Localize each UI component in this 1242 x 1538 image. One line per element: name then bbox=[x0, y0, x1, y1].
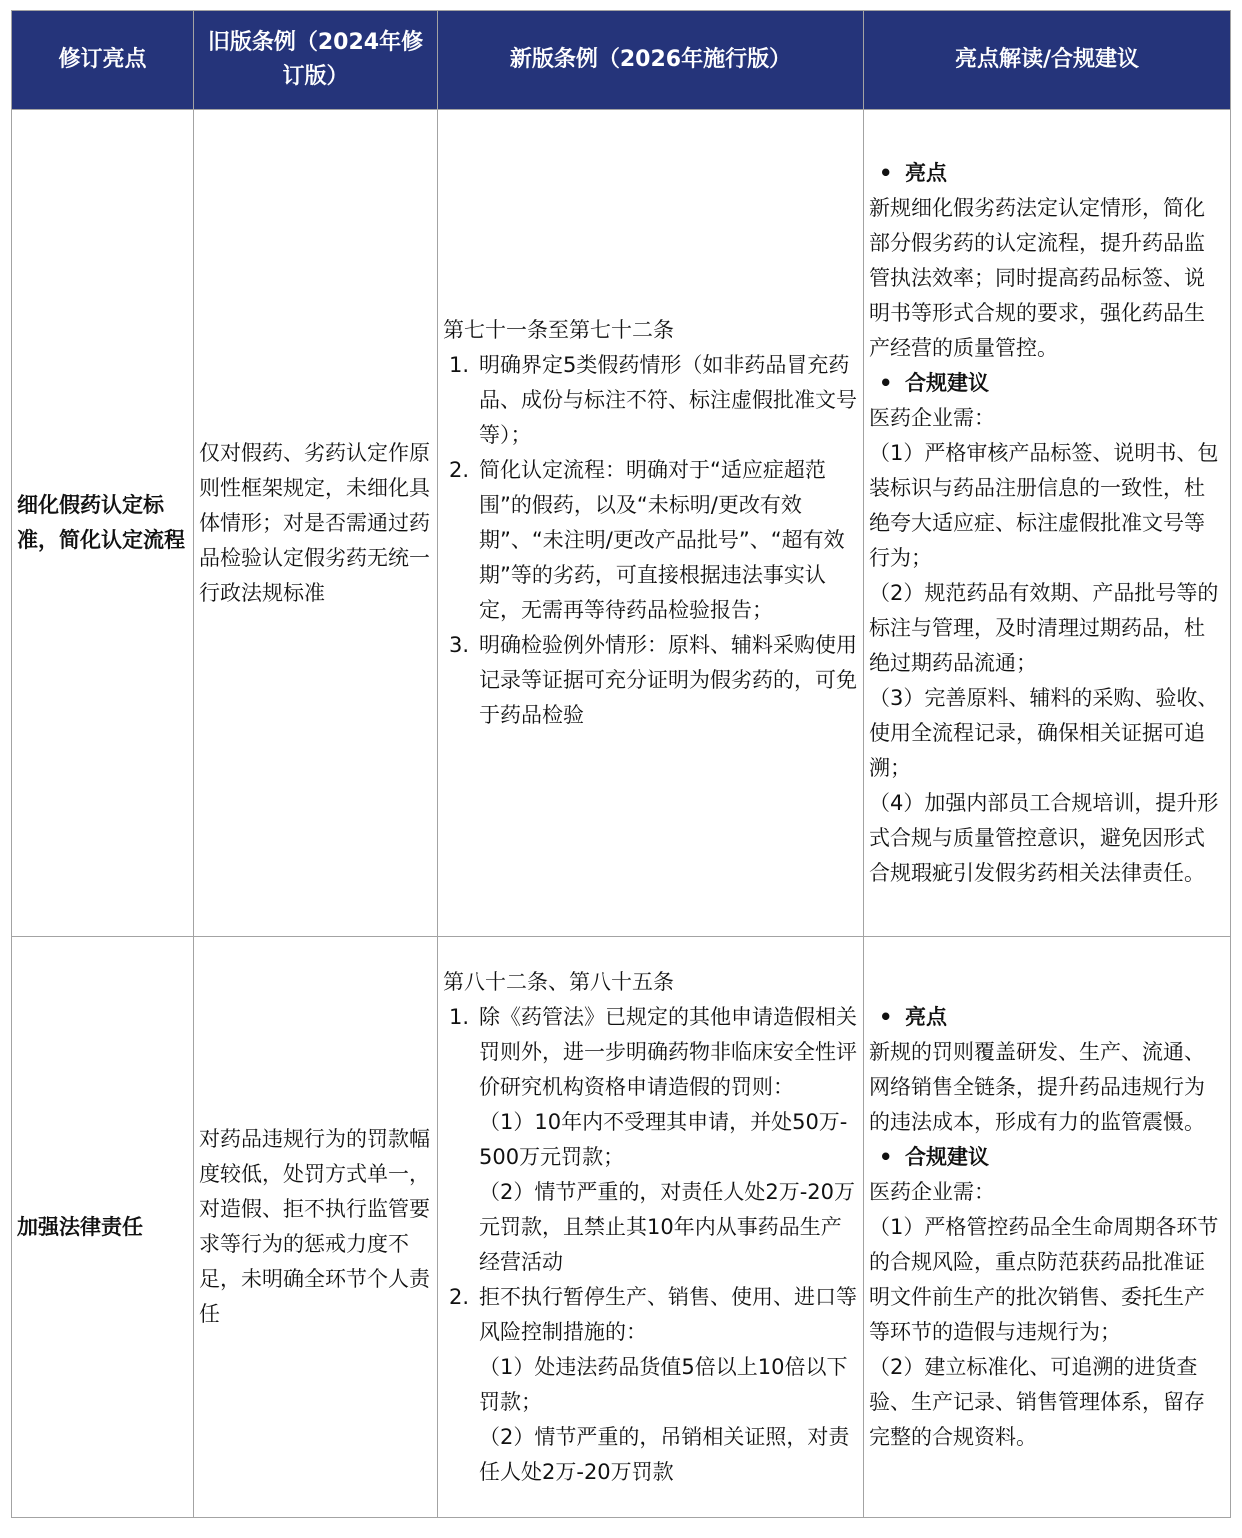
advice-item: （2）规范药品有效期、产品批号等的标注与管理，及时清理过期药品，杜绝过期药品流通… bbox=[869, 576, 1225, 681]
bullet-icon: • bbox=[879, 1000, 905, 1035]
table-row: 细化假药认定标准，简化认定流程 仅对假药、劣药认定作原则性框架规定，未细化具体情… bbox=[12, 110, 1231, 937]
item-number: 1. bbox=[449, 1000, 469, 1035]
header-new-regulation: 新版条例（2026年施行版） bbox=[438, 11, 864, 110]
advice-heading: •合规建议 bbox=[869, 1140, 1225, 1175]
item-number: 2. bbox=[449, 1280, 469, 1315]
old-regulation-cell: 对药品违规行为的罚款幅度较低，处罚方式单一，对造假、拒不执行监管要求等行为的惩戒… bbox=[194, 937, 438, 1518]
item-number: 3. bbox=[449, 628, 469, 663]
provision-item: 1. 除《药管法》已规定的其他申请造假相关罚则外，进一步明确药物非临床安全性评价… bbox=[443, 1000, 858, 1280]
item-text: 明确界定5类假药情形（如非药品冒充药品、成份与标注不符、标注虚假批准文号等）； bbox=[479, 353, 857, 447]
header-row: 修订亮点 旧版条例（2024年修订版） 新版条例（2026年施行版） 亮点解读/… bbox=[12, 11, 1231, 110]
item-text: 明确检验例外情形：原料、辅料采购使用记录等证据可充分证明为假劣药的，可免于药品检… bbox=[479, 633, 857, 727]
advice-item: （3）完善原料、辅料的采购、验收、使用全流程记录，确保相关证据可追溯； bbox=[869, 681, 1225, 786]
highlight-heading: •亮点 bbox=[869, 1000, 1225, 1035]
highlight-text: 新规的罚则覆盖研发、生产、流通、网络销售全链条，提升药品违规行为的违法成本，形成… bbox=[869, 1035, 1225, 1140]
bullet-icon: • bbox=[879, 1140, 905, 1175]
new-regulation-cell: 第八十二条、第八十五条 1. 除《药管法》已规定的其他申请造假相关罚则外，进一步… bbox=[438, 937, 864, 1518]
provision-item: 1. 明确界定5类假药情形（如非药品冒充药品、成份与标注不符、标注虚假批准文号等… bbox=[443, 348, 858, 453]
provision-item: 2. 拒不执行暂停生产、销售、使用、进口等风险控制措施的： （1）处违法药品货值… bbox=[443, 1280, 858, 1490]
item-text: 拒不执行暂停生产、销售、使用、进口等风险控制措施的： bbox=[479, 1285, 857, 1344]
sub-item: （2）情节严重的，吊销相关证照，对责任人处2万-20万罚款 bbox=[479, 1420, 858, 1490]
regulation-comparison-table: 修订亮点 旧版条例（2024年修订版） 新版条例（2026年施行版） 亮点解读/… bbox=[11, 10, 1231, 1518]
sub-item: （1）处违法药品货值5倍以上10倍以下罚款； bbox=[479, 1350, 858, 1420]
old-regulation-cell: 仅对假药、劣药认定作原则性框架规定，未细化具体情形；对是否需通过药品检验认定假劣… bbox=[194, 110, 438, 937]
new-regulation-cell: 第七十一条至第七十二条 1. 明确界定5类假药情形（如非药品冒充药品、成份与标注… bbox=[438, 110, 864, 937]
article-reference: 第八十二条、第八十五条 bbox=[443, 965, 858, 1000]
sub-item: （2）情节严重的，对责任人处2万-20万元罚款，且禁止其10年内从事药品生产经营… bbox=[479, 1175, 858, 1280]
bullet-icon: • bbox=[879, 366, 905, 401]
advice-item: （1）严格管控药品全生命周期各环节的合规风险，重点防范获药品批准证明文件前生产的… bbox=[869, 1210, 1225, 1350]
advice-intro: 医药企业需： bbox=[869, 1175, 1225, 1210]
provision-item: 2. 简化认定流程：明确对于“适应症超范围”的假药，以及“未标明/更改有效期”、… bbox=[443, 453, 858, 628]
item-number: 1. bbox=[449, 348, 469, 383]
advice-item: （2）建立标准化、可追溯的进货查验、生产记录、销售管理体系，留存完整的合规资料。 bbox=[869, 1350, 1225, 1455]
article-reference: 第七十一条至第七十二条 bbox=[443, 313, 858, 348]
bullet-icon: • bbox=[879, 156, 905, 191]
highlight-label: 亮点 bbox=[905, 161, 947, 185]
topic-cell: 加强法律责任 bbox=[12, 937, 194, 1518]
highlight-label: 亮点 bbox=[905, 1005, 947, 1029]
item-text: 除《药管法》已规定的其他申请造假相关罚则外，进一步明确药物非临床安全性评价研究机… bbox=[479, 1005, 857, 1099]
sub-item: （1）10年内不受理其申请，并处50万-500万元罚款； bbox=[479, 1105, 858, 1175]
highlight-text: 新规细化假劣药法定认定情形，简化部分假劣药的认定流程，提升药品监管执法效率；同时… bbox=[869, 191, 1225, 366]
table-row: 加强法律责任 对药品违规行为的罚款幅度较低，处罚方式单一，对造假、拒不执行监管要… bbox=[12, 937, 1231, 1518]
advice-item: （1）严格审核产品标签、说明书、包装标识与药品注册信息的一致性，杜绝夸大适应症、… bbox=[869, 436, 1225, 576]
highlight-heading: •亮点 bbox=[869, 156, 1225, 191]
header-analysis-advice: 亮点解读/合规建议 bbox=[864, 11, 1231, 110]
provision-list: 1. 除《药管法》已规定的其他申请造假相关罚则外，进一步明确药物非临床安全性评价… bbox=[443, 1000, 858, 1490]
provision-list: 1. 明确界定5类假药情形（如非药品冒充药品、成份与标注不符、标注虚假批准文号等… bbox=[443, 348, 858, 733]
advice-label: 合规建议 bbox=[905, 1145, 989, 1169]
topic-cell: 细化假药认定标准，简化认定流程 bbox=[12, 110, 194, 937]
provision-item: 3. 明确检验例外情形：原料、辅料采购使用记录等证据可充分证明为假劣药的，可免于… bbox=[443, 628, 858, 733]
item-text: 简化认定流程：明确对于“适应症超范围”的假药，以及“未标明/更改有效期”、“未注… bbox=[479, 458, 845, 622]
advice-label: 合规建议 bbox=[905, 371, 989, 395]
header-revision-highlight: 修订亮点 bbox=[12, 11, 194, 110]
analysis-cell: •亮点 新规细化假劣药法定认定情形，简化部分假劣药的认定流程，提升药品监管执法效… bbox=[864, 110, 1231, 937]
item-number: 2. bbox=[449, 453, 469, 488]
advice-heading: •合规建议 bbox=[869, 366, 1225, 401]
analysis-cell: •亮点 新规的罚则覆盖研发、生产、流通、网络销售全链条，提升药品违规行为的违法成… bbox=[864, 937, 1231, 1518]
advice-intro: 医药企业需： bbox=[869, 401, 1225, 436]
header-old-regulation: 旧版条例（2024年修订版） bbox=[194, 11, 438, 110]
advice-item: （4）加强内部员工合规培训，提升形式合规与质量管控意识，避免因形式合规瑕疵引发假… bbox=[869, 786, 1225, 891]
